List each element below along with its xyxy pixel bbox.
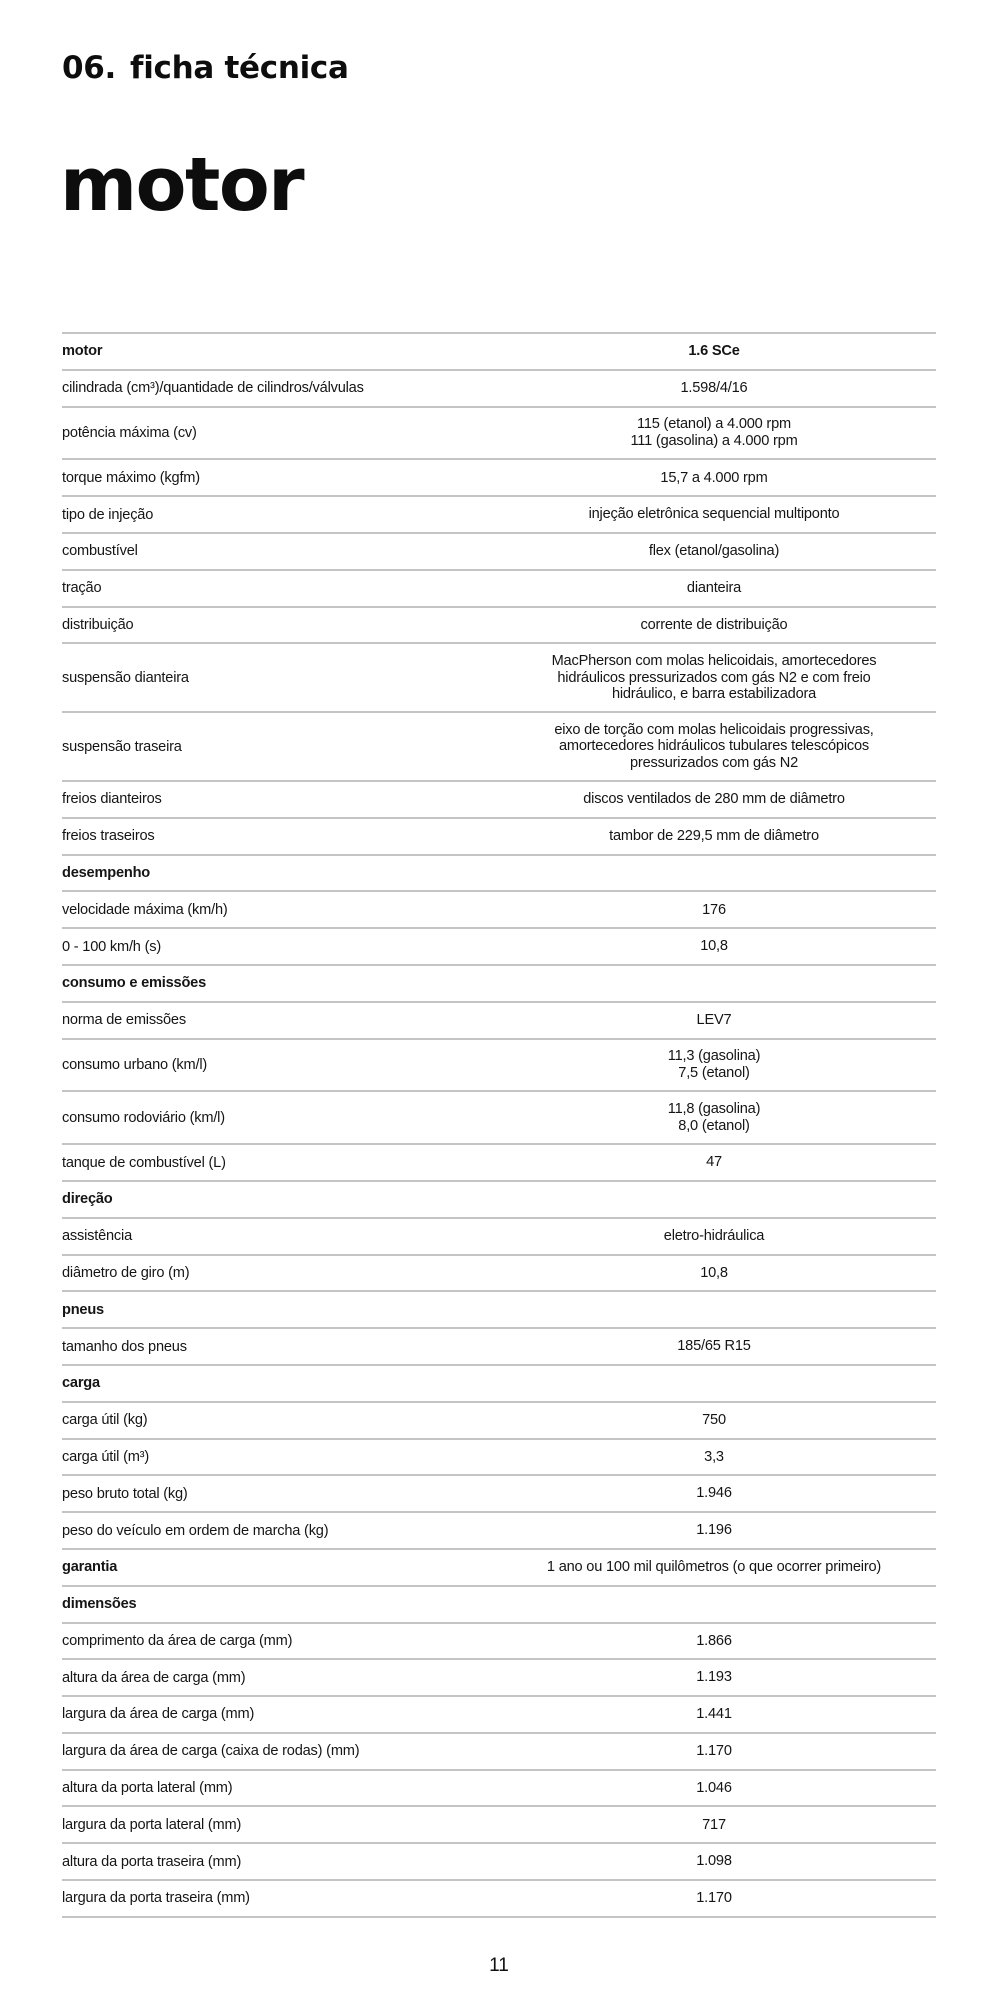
table-section-row: carga: [62, 1366, 936, 1403]
spec-value: 1.598/4/16: [492, 380, 936, 397]
spec-label: tamanho dos pneus: [62, 1339, 492, 1355]
spec-label: velocidade máxima (km/h): [62, 902, 492, 918]
table-section-row: garantia1 ano ou 100 mil quilômetros (o …: [62, 1550, 936, 1587]
spec-value: 115 (etanol) a 4.000 rpm 111 (gasolina) …: [492, 416, 936, 449]
table-row: velocidade máxima (km/h)176: [62, 892, 936, 929]
spec-label: cilindrada (cm³)/quantidade de cilindros…: [62, 380, 492, 396]
spec-label: suspensão traseira: [62, 739, 492, 755]
spec-label: consumo urbano (km/l): [62, 1057, 492, 1073]
spec-label: largura da porta traseira (mm): [62, 1890, 492, 1906]
table-row: carga útil (m³)3,3: [62, 1440, 936, 1477]
section-label: consumo e emissões: [62, 975, 492, 991]
spec-label: tipo de injeção: [62, 507, 492, 523]
section-heading: 06.ficha técnica: [62, 50, 349, 86]
spec-label: altura da porta traseira (mm): [62, 1854, 492, 1870]
spec-label: norma de emissões: [62, 1012, 492, 1028]
spec-label: largura da porta lateral (mm): [62, 1817, 492, 1833]
spec-label: consumo rodoviário (km/l): [62, 1110, 492, 1126]
table-section-row: pneus: [62, 1292, 936, 1329]
spec-label: tração: [62, 580, 492, 596]
spec-value: tambor de 229,5 mm de diâmetro: [492, 828, 936, 845]
table-row: freios traseirostambor de 229,5 mm de di…: [62, 819, 936, 856]
spec-value: eixo de torção com molas helicoidais pro…: [492, 722, 936, 772]
table-row: suspensão traseiraeixo de torção com mol…: [62, 713, 936, 782]
spec-value: 750: [492, 1412, 936, 1429]
table-row: consumo rodoviário (km/l)11,8 (gasolina)…: [62, 1092, 936, 1145]
table-row: traçãodianteira: [62, 571, 936, 608]
table-row: tamanho dos pneus185/65 R15: [62, 1329, 936, 1366]
spec-label: peso bruto total (kg): [62, 1486, 492, 1502]
table-header-row: motor1.6 SCe: [62, 334, 936, 371]
spec-value: 15,7 a 4.000 rpm: [492, 470, 936, 487]
section-label: pneus: [62, 1302, 492, 1318]
spec-value: discos ventilados de 280 mm de diâmetro: [492, 791, 936, 808]
table-row: largura da porta traseira (mm)1.170: [62, 1881, 936, 1918]
spec-value: 11,3 (gasolina) 7,5 (etanol): [492, 1048, 936, 1081]
spec-label: assistência: [62, 1228, 492, 1244]
spec-value: 1 ano ou 100 mil quilômetros (o que ocor…: [492, 1559, 936, 1576]
spec-value: 717: [492, 1817, 936, 1834]
table-row: freios dianteirosdiscos ventilados de 28…: [62, 782, 936, 819]
spec-value: 10,8: [492, 938, 936, 955]
spec-value: 1.866: [492, 1633, 936, 1650]
spec-label: peso do veículo em ordem de marcha (kg): [62, 1523, 492, 1539]
spec-label: distribuição: [62, 617, 492, 633]
section-label: direção: [62, 1191, 492, 1207]
spec-value: 1.170: [492, 1743, 936, 1760]
table-row: altura da área de carga (mm)1.193: [62, 1660, 936, 1697]
spec-value: 176: [492, 902, 936, 919]
spec-value: 185/65 R15: [492, 1338, 936, 1355]
table-section-row: desempenho: [62, 856, 936, 893]
spec-value: MacPherson com molas helicoidais, amorte…: [492, 653, 936, 703]
table-row: 0 - 100 km/h (s)10,8: [62, 929, 936, 966]
spec-value: 1.196: [492, 1522, 936, 1539]
table-row: comprimento da área de carga (mm)1.866: [62, 1624, 936, 1661]
spec-label: suspensão dianteira: [62, 670, 492, 686]
spec-value: eletro-hidráulica: [492, 1228, 936, 1245]
spec-label: combustível: [62, 543, 492, 559]
spec-label: comprimento da área de carga (mm): [62, 1633, 492, 1649]
table-row: altura da porta lateral (mm)1.046: [62, 1771, 936, 1808]
spec-label: torque máximo (kgfm): [62, 470, 492, 486]
spec-label: altura da área de carga (mm): [62, 1670, 492, 1686]
table-row: peso bruto total (kg)1.946: [62, 1476, 936, 1513]
spec-value: 1.946: [492, 1485, 936, 1502]
section-label: desempenho: [62, 865, 492, 881]
spec-label: largura da área de carga (mm): [62, 1706, 492, 1722]
table-section-row: direção: [62, 1182, 936, 1219]
spec-value: injeção eletrônica sequencial multiponto: [492, 506, 936, 523]
spec-label: largura da área de carga (caixa de rodas…: [62, 1743, 492, 1759]
table-row: consumo urbano (km/l)11,3 (gasolina) 7,5…: [62, 1040, 936, 1093]
table-row: peso do veículo em ordem de marcha (kg)1…: [62, 1513, 936, 1550]
spec-table: motor1.6 SCecilindrada (cm³)/quantidade …: [62, 332, 936, 1918]
section-number: 06.: [62, 50, 116, 86]
section-label: carga: [62, 1375, 492, 1391]
table-section-row: dimensões: [62, 1587, 936, 1624]
table-row: assistênciaeletro-hidráulica: [62, 1219, 936, 1256]
spec-label: freios dianteiros: [62, 791, 492, 807]
spec-label: potência máxima (cv): [62, 425, 492, 441]
table-row: tanque de combustível (L)47: [62, 1145, 936, 1182]
spec-value: 1.098: [492, 1853, 936, 1870]
spec-value: dianteira: [492, 580, 936, 597]
spec-value: corrente de distribuição: [492, 617, 936, 634]
spec-label: altura da porta lateral (mm): [62, 1780, 492, 1796]
spec-value: 1.170: [492, 1890, 936, 1907]
section-label: garantia: [62, 1559, 492, 1575]
spec-value: 1.6 SCe: [492, 343, 936, 360]
spec-value: LEV7: [492, 1012, 936, 1029]
table-row: tipo de injeçãoinjeção eletrônica sequen…: [62, 497, 936, 534]
spec-value: 10,8: [492, 1265, 936, 1282]
spec-label: 0 - 100 km/h (s): [62, 939, 492, 955]
spec-value: 1.046: [492, 1780, 936, 1797]
table-row: largura da área de carga (mm)1.441: [62, 1697, 936, 1734]
table-row: potência máxima (cv)115 (etanol) a 4.000…: [62, 408, 936, 461]
table-section-row: consumo e emissões: [62, 966, 936, 1003]
spec-value: 1.193: [492, 1669, 936, 1686]
spec-label: freios traseiros: [62, 828, 492, 844]
section-title: ficha técnica: [130, 50, 349, 86]
page-title: motor: [60, 148, 303, 222]
page-number: 11: [0, 1955, 998, 1977]
table-row: suspensão dianteiraMacPherson com molas …: [62, 644, 936, 713]
spec-value: 47: [492, 1154, 936, 1171]
table-row: diâmetro de giro (m)10,8: [62, 1256, 936, 1293]
table-row: norma de emissõesLEV7: [62, 1003, 936, 1040]
spec-value: flex (etanol/gasolina): [492, 543, 936, 560]
table-row: torque máximo (kgfm)15,7 a 4.000 rpm: [62, 460, 936, 497]
section-label: dimensões: [62, 1596, 492, 1612]
table-row: cilindrada (cm³)/quantidade de cilindros…: [62, 371, 936, 408]
section-label: motor: [62, 343, 492, 359]
spec-value: 11,8 (gasolina) 8,0 (etanol): [492, 1101, 936, 1134]
spec-label: diâmetro de giro (m): [62, 1265, 492, 1281]
spec-value: 3,3: [492, 1449, 936, 1466]
table-row: altura da porta traseira (mm)1.098: [62, 1844, 936, 1881]
table-row: distribuiçãocorrente de distribuição: [62, 608, 936, 645]
spec-label: tanque de combustível (L): [62, 1155, 492, 1171]
spec-value: 1.441: [492, 1706, 936, 1723]
table-row: largura da porta lateral (mm)717: [62, 1807, 936, 1844]
spec-label: carga útil (kg): [62, 1412, 492, 1428]
table-row: largura da área de carga (caixa de rodas…: [62, 1734, 936, 1771]
table-row: combustívelflex (etanol/gasolina): [62, 534, 936, 571]
spec-label: carga útil (m³): [62, 1449, 492, 1465]
table-row: carga útil (kg)750: [62, 1403, 936, 1440]
